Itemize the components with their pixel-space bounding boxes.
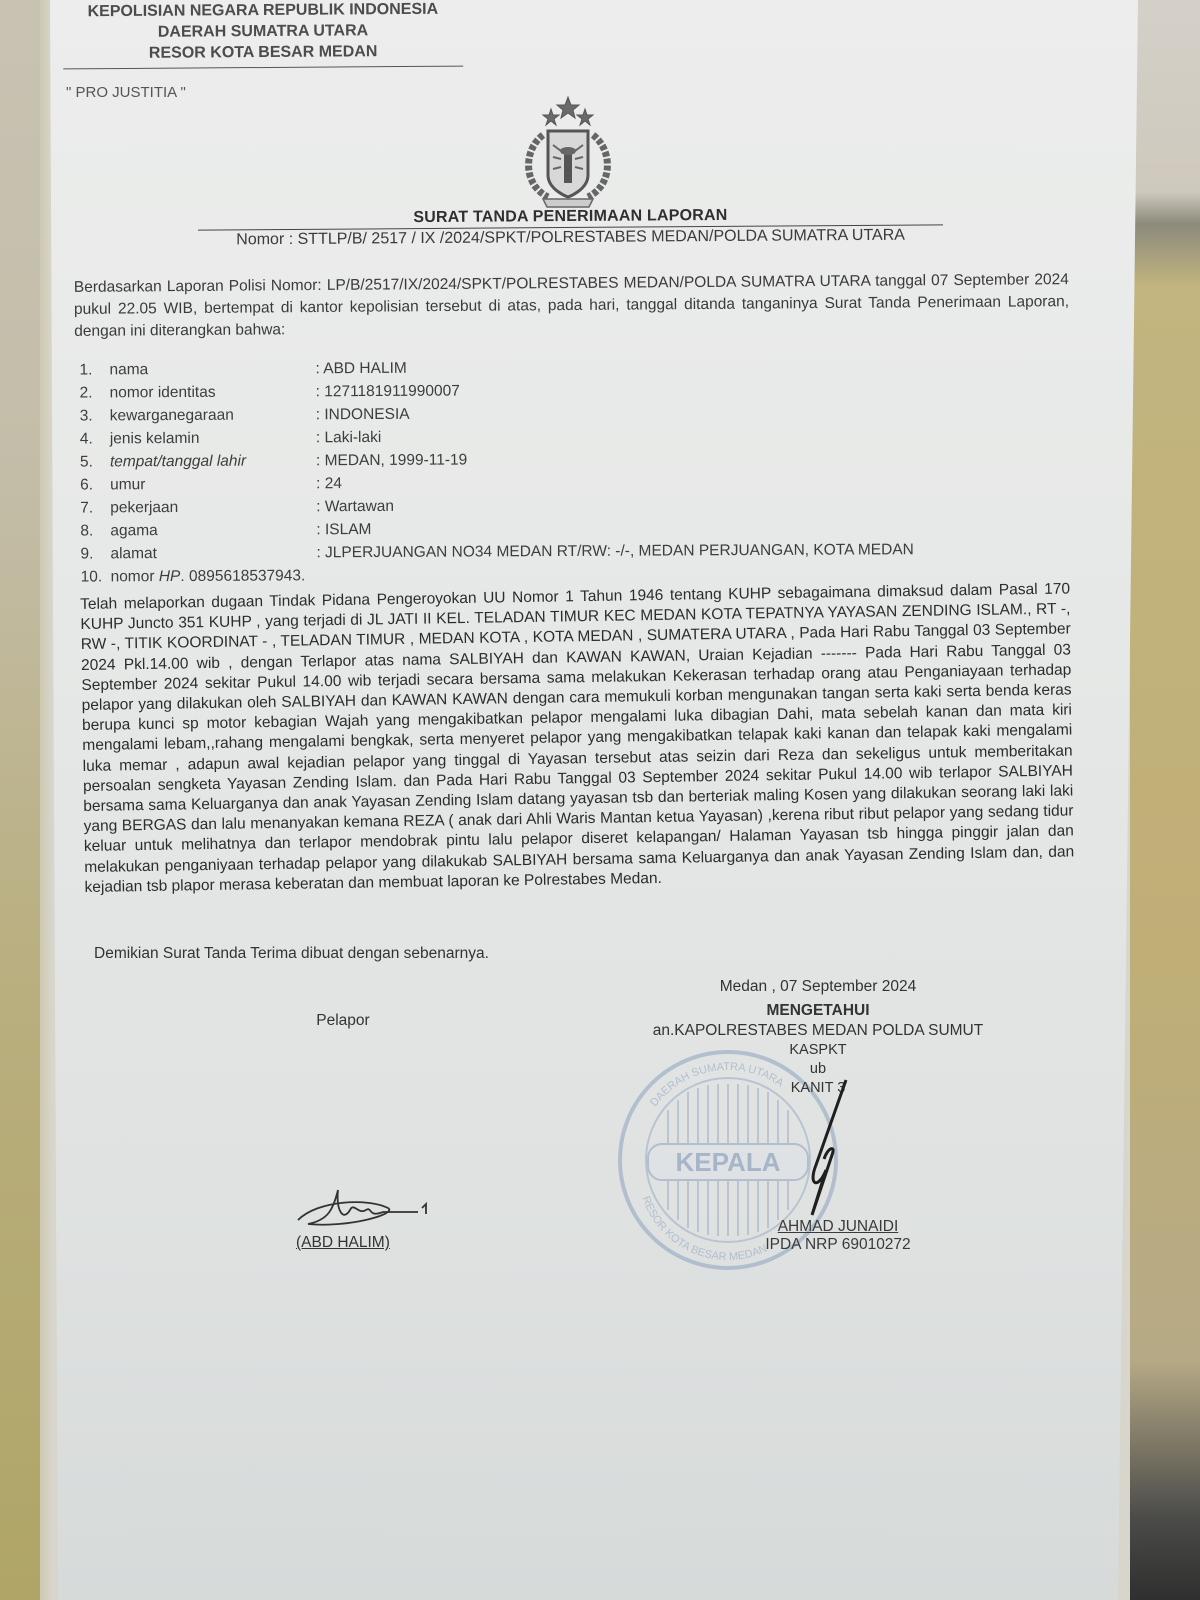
letterhead-line-3: RESOR KOTA BESAR MEDAN (63, 41, 463, 65)
field-label: alamat (110, 541, 316, 565)
field-number: 6. (80, 473, 110, 496)
field-number: 8. (80, 519, 110, 542)
field-label: tempat/tanggal lahir (110, 449, 316, 473)
field-number: 2. (80, 381, 110, 404)
field-label: umur (110, 472, 316, 496)
acknowledged-label: MENGETAHUI (608, 1001, 1028, 1021)
letterhead: KEPOLISIAN NEGARA REPUBLIK INDONESIA DAE… (63, 0, 463, 69)
reporter-name: (ABD HALIM) (296, 1234, 390, 1252)
letterhead-rule (63, 66, 463, 70)
on-behalf-line: an.KAPOLRESTABES MEDAN POLDA SUMUT (608, 1021, 1028, 1041)
field-label: nomor HP (110, 565, 180, 588)
incident-narrative: Telah melaporkan dugaan Tindak Pidana Pe… (80, 579, 1075, 898)
place-date: Medan , 07 September 2024 (608, 977, 1028, 997)
field-number: 1. (79, 358, 109, 381)
document-page: KEPOLISIAN NEGARA REPUBLIK INDONESIA DAE… (28, 0, 1138, 1600)
field-number: 7. (80, 496, 110, 519)
reporter-signature-icon (288, 1180, 438, 1240)
field-label: nomor identitas (110, 380, 316, 404)
officer-signature-icon (798, 1075, 858, 1225)
officer-name: AHMAD JUNAIDI (738, 1218, 938, 1236)
officer-rank: IPDA NRP 69010272 (738, 1236, 938, 1254)
document-number: Nomor : STTLP/B/ 2517 / IX /2024/SPKT/PO… (198, 226, 943, 249)
reporter-label: Pelapor (278, 1012, 408, 1030)
field-label: kewarganegaraan (110, 403, 316, 427)
field-number: 10. (80, 565, 110, 588)
field-number: 9. (80, 542, 110, 565)
background-right (1130, 0, 1200, 1600)
background-left (0, 0, 40, 1600)
field-label: jenis kelamin (110, 426, 316, 450)
reporter-signature-block: Pelapor (ABD HALIM) (278, 1012, 408, 1030)
police-emblem-icon (513, 95, 623, 210)
field-number: 4. (80, 427, 110, 450)
field-label: nama (109, 357, 315, 381)
field-label: agama (110, 518, 316, 542)
unit-line: KASPKT (608, 1041, 1028, 1060)
field-number: 5. (80, 450, 110, 473)
officer-name-block: AHMAD JUNAIDI IPDA NRP 69010272 (738, 1218, 938, 1254)
field-value: . 0895618537943. (180, 564, 305, 588)
letterhead-line-2: DAERAH SUMATRA UTARA (63, 20, 463, 44)
field-number: 3. (80, 404, 110, 427)
letterhead-line-1: KEPOLISIAN NEGARA REPUBLIK INDONESIA (63, 0, 463, 22)
field-value: : JLPERJUANGAN NO34 MEDAN RT/RW: -/-, ME… (316, 537, 1040, 564)
field-label: pekerjaan (110, 495, 316, 519)
intro-paragraph: Berdasarkan Laporan Polisi Nomor: LP/B/2… (74, 269, 1069, 343)
svg-text:KEPALA: KEPALA (676, 1147, 781, 1177)
pro-justitia: " PRO JUSTITIA " (66, 84, 186, 101)
closing-statement: Demikian Surat Tanda Terima dibuat denga… (94, 945, 489, 963)
title-block: SURAT TANDA PENERIMAAN LAPORAN Nomor : S… (198, 205, 943, 249)
reporter-fields: 1.nama: ABD HALIM2.nomor identitas: 1271… (79, 353, 1040, 588)
